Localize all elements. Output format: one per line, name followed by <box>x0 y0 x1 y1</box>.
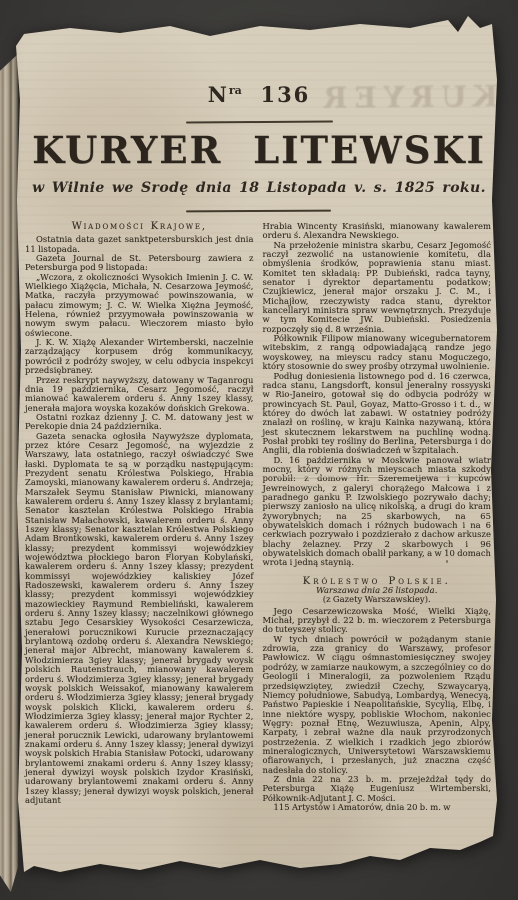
article-paragraph: Gazeta senacka ogłosiła Naywyższe dyplom… <box>25 432 254 806</box>
header-rule-bottom <box>186 210 331 213</box>
article-paragraph: Hrabia Wincenty Krasiński, mianowany kaw… <box>263 222 492 241</box>
paper-speck <box>412 446 415 448</box>
left-column: Wiadomości Krajowe,Ostatnia data gazet s… <box>25 222 254 822</box>
issue-number-value: 136 <box>260 82 310 107</box>
article-paragraph: Ostatnia data gazet sanktpetersburskich … <box>25 235 254 254</box>
article-paragraph: J. K. W. Xiążę Alexander Wirtemberski, n… <box>25 338 254 375</box>
issue-number-superscript: ra <box>229 84 242 97</box>
section-heading: Wiadomości Krajowe, <box>25 222 254 231</box>
article-columns: Wiadomości Krajowe,Ostatnia data gazet s… <box>25 222 491 822</box>
article-paragraph: Gazeta Journal de St. Petersbourg zawier… <box>25 254 254 273</box>
article-paragraph: Półkownik Filipow mianowany wicegubernat… <box>263 334 492 371</box>
issue-number-prefix: N <box>208 82 229 107</box>
right-column: Hrabia Wincenty Krasiński, mianowany kaw… <box>263 222 492 822</box>
article-paragraph: Z dnia 22 na 23 b. m. przejeżdżał tędy d… <box>263 775 492 803</box>
article-paragraph: Na przełożenie ministra skarbu, Cesarz J… <box>263 241 492 334</box>
scanned-newspaper-view: KURYER Nra 136 KURYER LITEWSKI w Wilnie … <box>0 0 518 900</box>
article-paragraph: Jego Cesarzewiczowska Mość, Wielki Xiążę… <box>263 607 492 635</box>
article-paragraph: Ostatni rozkaz dzienny J. C. M. datowany… <box>25 413 254 432</box>
article-paragraph: Przez reskrypt naywyższy, datowany w Tag… <box>25 376 254 413</box>
issue-number: Nra 136 <box>0 82 518 107</box>
newspaper-page: KURYER Nra 136 KURYER LITEWSKI w Wilnie … <box>0 0 518 900</box>
article-paragraph: W tych dniach powrócił w pożądanym stani… <box>263 635 492 775</box>
article-paragraph: Podług doniesienia listownego pod d. 16 … <box>263 372 492 456</box>
dateline: w Wilnie we Srodę dnia 18 Listopada v. s… <box>0 180 518 196</box>
masthead-title: KURYER LITEWSKI <box>0 128 518 172</box>
article-paragraph: 115 Artystów i Amatorów, dnia 20 b. m. w <box>263 803 492 812</box>
paper-wrap: KURYER Nra 136 KURYER LITEWSKI w Wilnie … <box>0 0 518 900</box>
article-paragraph: D. 16 października w Moskwie panował wia… <box>263 456 492 568</box>
header-rule-top <box>186 120 333 123</box>
paper-speck <box>446 560 448 563</box>
article-paragraph: „Wczora, z okoliczności Wysokich Imienin… <box>25 273 254 338</box>
article-paragraph: (z Gazety Warszawskiey). <box>263 595 492 604</box>
